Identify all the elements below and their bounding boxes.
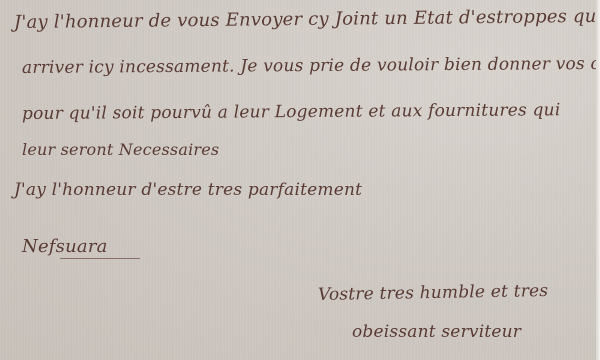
body-line-4: leur seront Necessaires (22, 140, 219, 159)
letter-page: J'ay l'honneur de vous Envoyer cy Joint … (0, 0, 600, 360)
closing-line: J'ay l'honneur d'estre tres parfaitement (14, 180, 362, 200)
body-line-1: J'ay l'honneur de vous Envoyer cy Joint … (14, 5, 600, 33)
paper-edge (596, 0, 600, 360)
signature-line-2: obeissant serviteur (352, 322, 521, 342)
body-line-3: pour qu'il soit pourvû a leur Logement e… (22, 100, 561, 124)
place-name: Nefsuara (22, 236, 108, 257)
signature-line-1: Vostre tres humble et tres (318, 281, 549, 305)
body-line-2: arriver icy incessament. Je vous prie de… (22, 54, 600, 78)
place-name-flourish (60, 258, 140, 259)
